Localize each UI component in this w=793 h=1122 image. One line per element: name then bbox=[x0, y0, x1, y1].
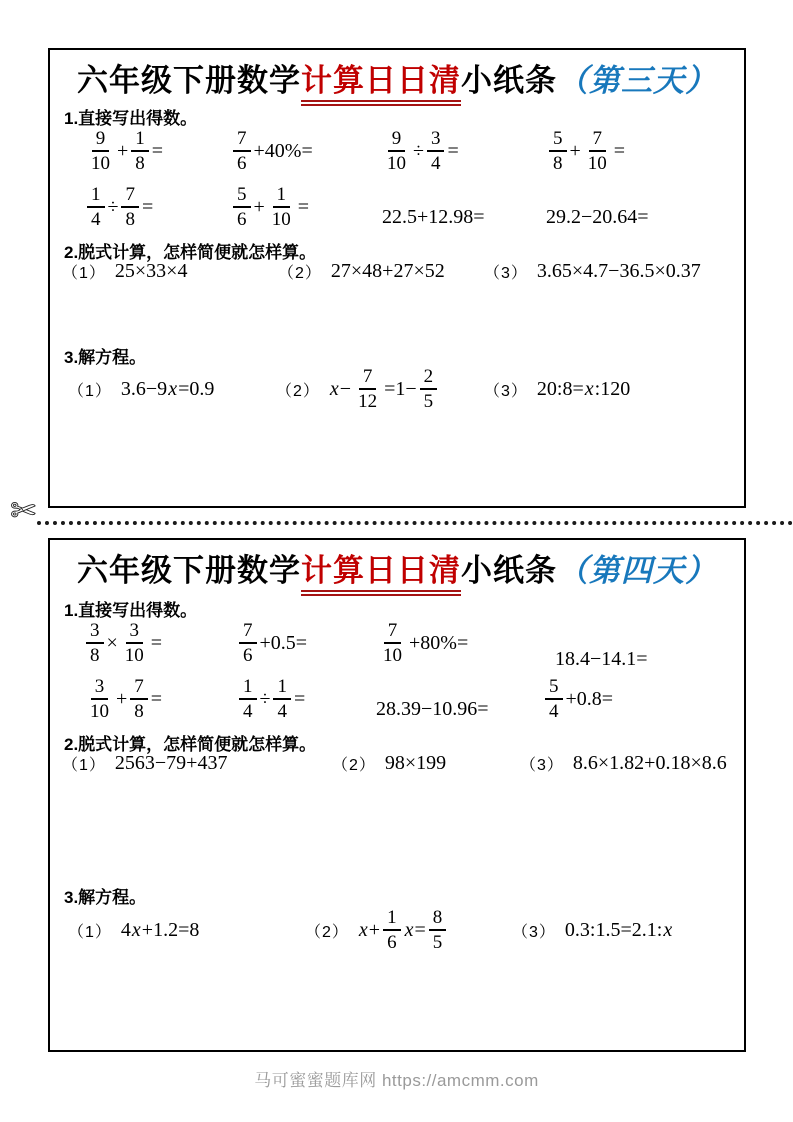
fraction: 712 bbox=[354, 366, 381, 413]
math-problem: 56+110= bbox=[230, 180, 309, 234]
title-day: （第三天） bbox=[557, 63, 717, 98]
fraction: 25 bbox=[420, 366, 438, 413]
fraction: 56 bbox=[233, 184, 251, 231]
title-highlight: 计算日日清 bbox=[301, 63, 461, 106]
fraction: 14 bbox=[87, 184, 105, 231]
math-problem: 14÷78= bbox=[84, 180, 153, 234]
site-watermark: 马可蜜蜜题库网 https://amcmm.com bbox=[0, 1066, 793, 1091]
worksheet-card-day4: 六年级下册数学计算日日清小纸条（第四天） 1.直接写出得数。 38×310= 7… bbox=[48, 538, 746, 1052]
title-highlight: 计算日日清 bbox=[301, 553, 461, 596]
fraction: 18 bbox=[131, 128, 149, 175]
problem-number: （1） bbox=[68, 378, 112, 401]
math-problem: 310+78= bbox=[83, 672, 162, 726]
fraction: 110 bbox=[268, 184, 295, 231]
problem-number: （3） bbox=[484, 260, 528, 283]
title-suffix: 小纸条 bbox=[461, 553, 557, 588]
problem-number: （1） bbox=[68, 919, 112, 942]
math-problem: 18.4−14.1= bbox=[555, 648, 648, 671]
fraction: 54 bbox=[545, 676, 563, 723]
math-problem: （2）x+16x=85 bbox=[305, 903, 449, 957]
fraction: 58 bbox=[549, 128, 567, 175]
fraction: 76 bbox=[239, 620, 257, 667]
math-problem: 22.5+12.98= bbox=[382, 206, 485, 229]
fraction: 38 bbox=[86, 620, 104, 667]
problem-number: （2） bbox=[276, 378, 320, 401]
fraction: 78 bbox=[121, 184, 139, 231]
fraction: 910 bbox=[87, 128, 114, 175]
math-problem: 14÷14= bbox=[236, 672, 305, 726]
title-day: （第四天） bbox=[557, 553, 717, 588]
problem-number: （1） bbox=[62, 752, 106, 775]
fraction: 34 bbox=[427, 128, 445, 175]
math-problem: （1）25×33×4 bbox=[62, 260, 187, 283]
fraction: 710 bbox=[584, 128, 611, 175]
math-problem: （3）20:8=x:120 bbox=[484, 362, 630, 416]
math-problem: 38×310= bbox=[83, 616, 162, 670]
fraction: 14 bbox=[239, 676, 257, 723]
math-problem: （2）98×199 bbox=[332, 752, 446, 775]
problem-number: （2） bbox=[305, 919, 349, 942]
fraction: 16 bbox=[383, 907, 401, 954]
title-suffix: 小纸条 bbox=[461, 63, 557, 98]
title-prefix: 六年级下册数学 bbox=[77, 63, 301, 98]
fraction: 76 bbox=[233, 128, 251, 175]
math-problem: 76+40%= bbox=[230, 124, 313, 178]
fraction: 85 bbox=[429, 907, 447, 954]
worksheet-title: 六年级下册数学计算日日清小纸条（第三天） bbox=[50, 55, 744, 100]
problem-number: （1） bbox=[62, 260, 106, 283]
problem-number: （3） bbox=[520, 752, 564, 775]
title-prefix: 六年级下册数学 bbox=[77, 553, 301, 588]
problem-number: （2） bbox=[278, 260, 322, 283]
math-problem: 76+0.5= bbox=[236, 616, 307, 670]
math-problem: （1）4x+1.2=8 bbox=[68, 903, 199, 957]
problem-number: （3） bbox=[512, 919, 556, 942]
math-problem: 910÷34= bbox=[380, 124, 459, 178]
math-problem: （1）2563−79+437 bbox=[62, 752, 227, 775]
math-problem: 710+80%= bbox=[376, 616, 468, 670]
fraction: 14 bbox=[273, 676, 291, 723]
math-problem: 54+0.8= bbox=[542, 672, 613, 726]
fraction: 910 bbox=[383, 128, 410, 175]
fraction: 310 bbox=[121, 620, 148, 667]
math-problem: 28.39−10.96= bbox=[376, 698, 489, 721]
math-problem: （2）27×48+27×52 bbox=[278, 260, 445, 283]
scissors-icon: ✄ bbox=[10, 495, 36, 526]
math-problem: 910+18= bbox=[84, 124, 163, 178]
worksheet-title: 六年级下册数学计算日日清小纸条（第四天） bbox=[50, 545, 744, 590]
problem-number: （2） bbox=[332, 752, 376, 775]
math-problem: （3）8.6×1.82+0.18×8.6 bbox=[520, 752, 727, 775]
math-problem: （3）0.3:1.5=2.1:x bbox=[512, 903, 673, 957]
dotted-cut-line bbox=[37, 521, 793, 525]
problem-number: （3） bbox=[484, 378, 528, 401]
math-problem: （3）3.65×4.7−36.5×0.37 bbox=[484, 260, 701, 283]
fraction: 710 bbox=[379, 620, 406, 667]
worksheet-card-day3: 六年级下册数学计算日日清小纸条（第三天） 1.直接写出得数。 910+18= 7… bbox=[48, 48, 746, 508]
math-problem: 29.2−20.64= bbox=[546, 206, 649, 229]
fraction: 310 bbox=[86, 676, 113, 723]
math-problem: （2）x−712=1−25 bbox=[276, 362, 440, 416]
math-problem: 58+710= bbox=[546, 124, 625, 178]
math-problem: （1）3.6−9x=0.9 bbox=[68, 362, 214, 416]
fraction: 78 bbox=[130, 676, 148, 723]
